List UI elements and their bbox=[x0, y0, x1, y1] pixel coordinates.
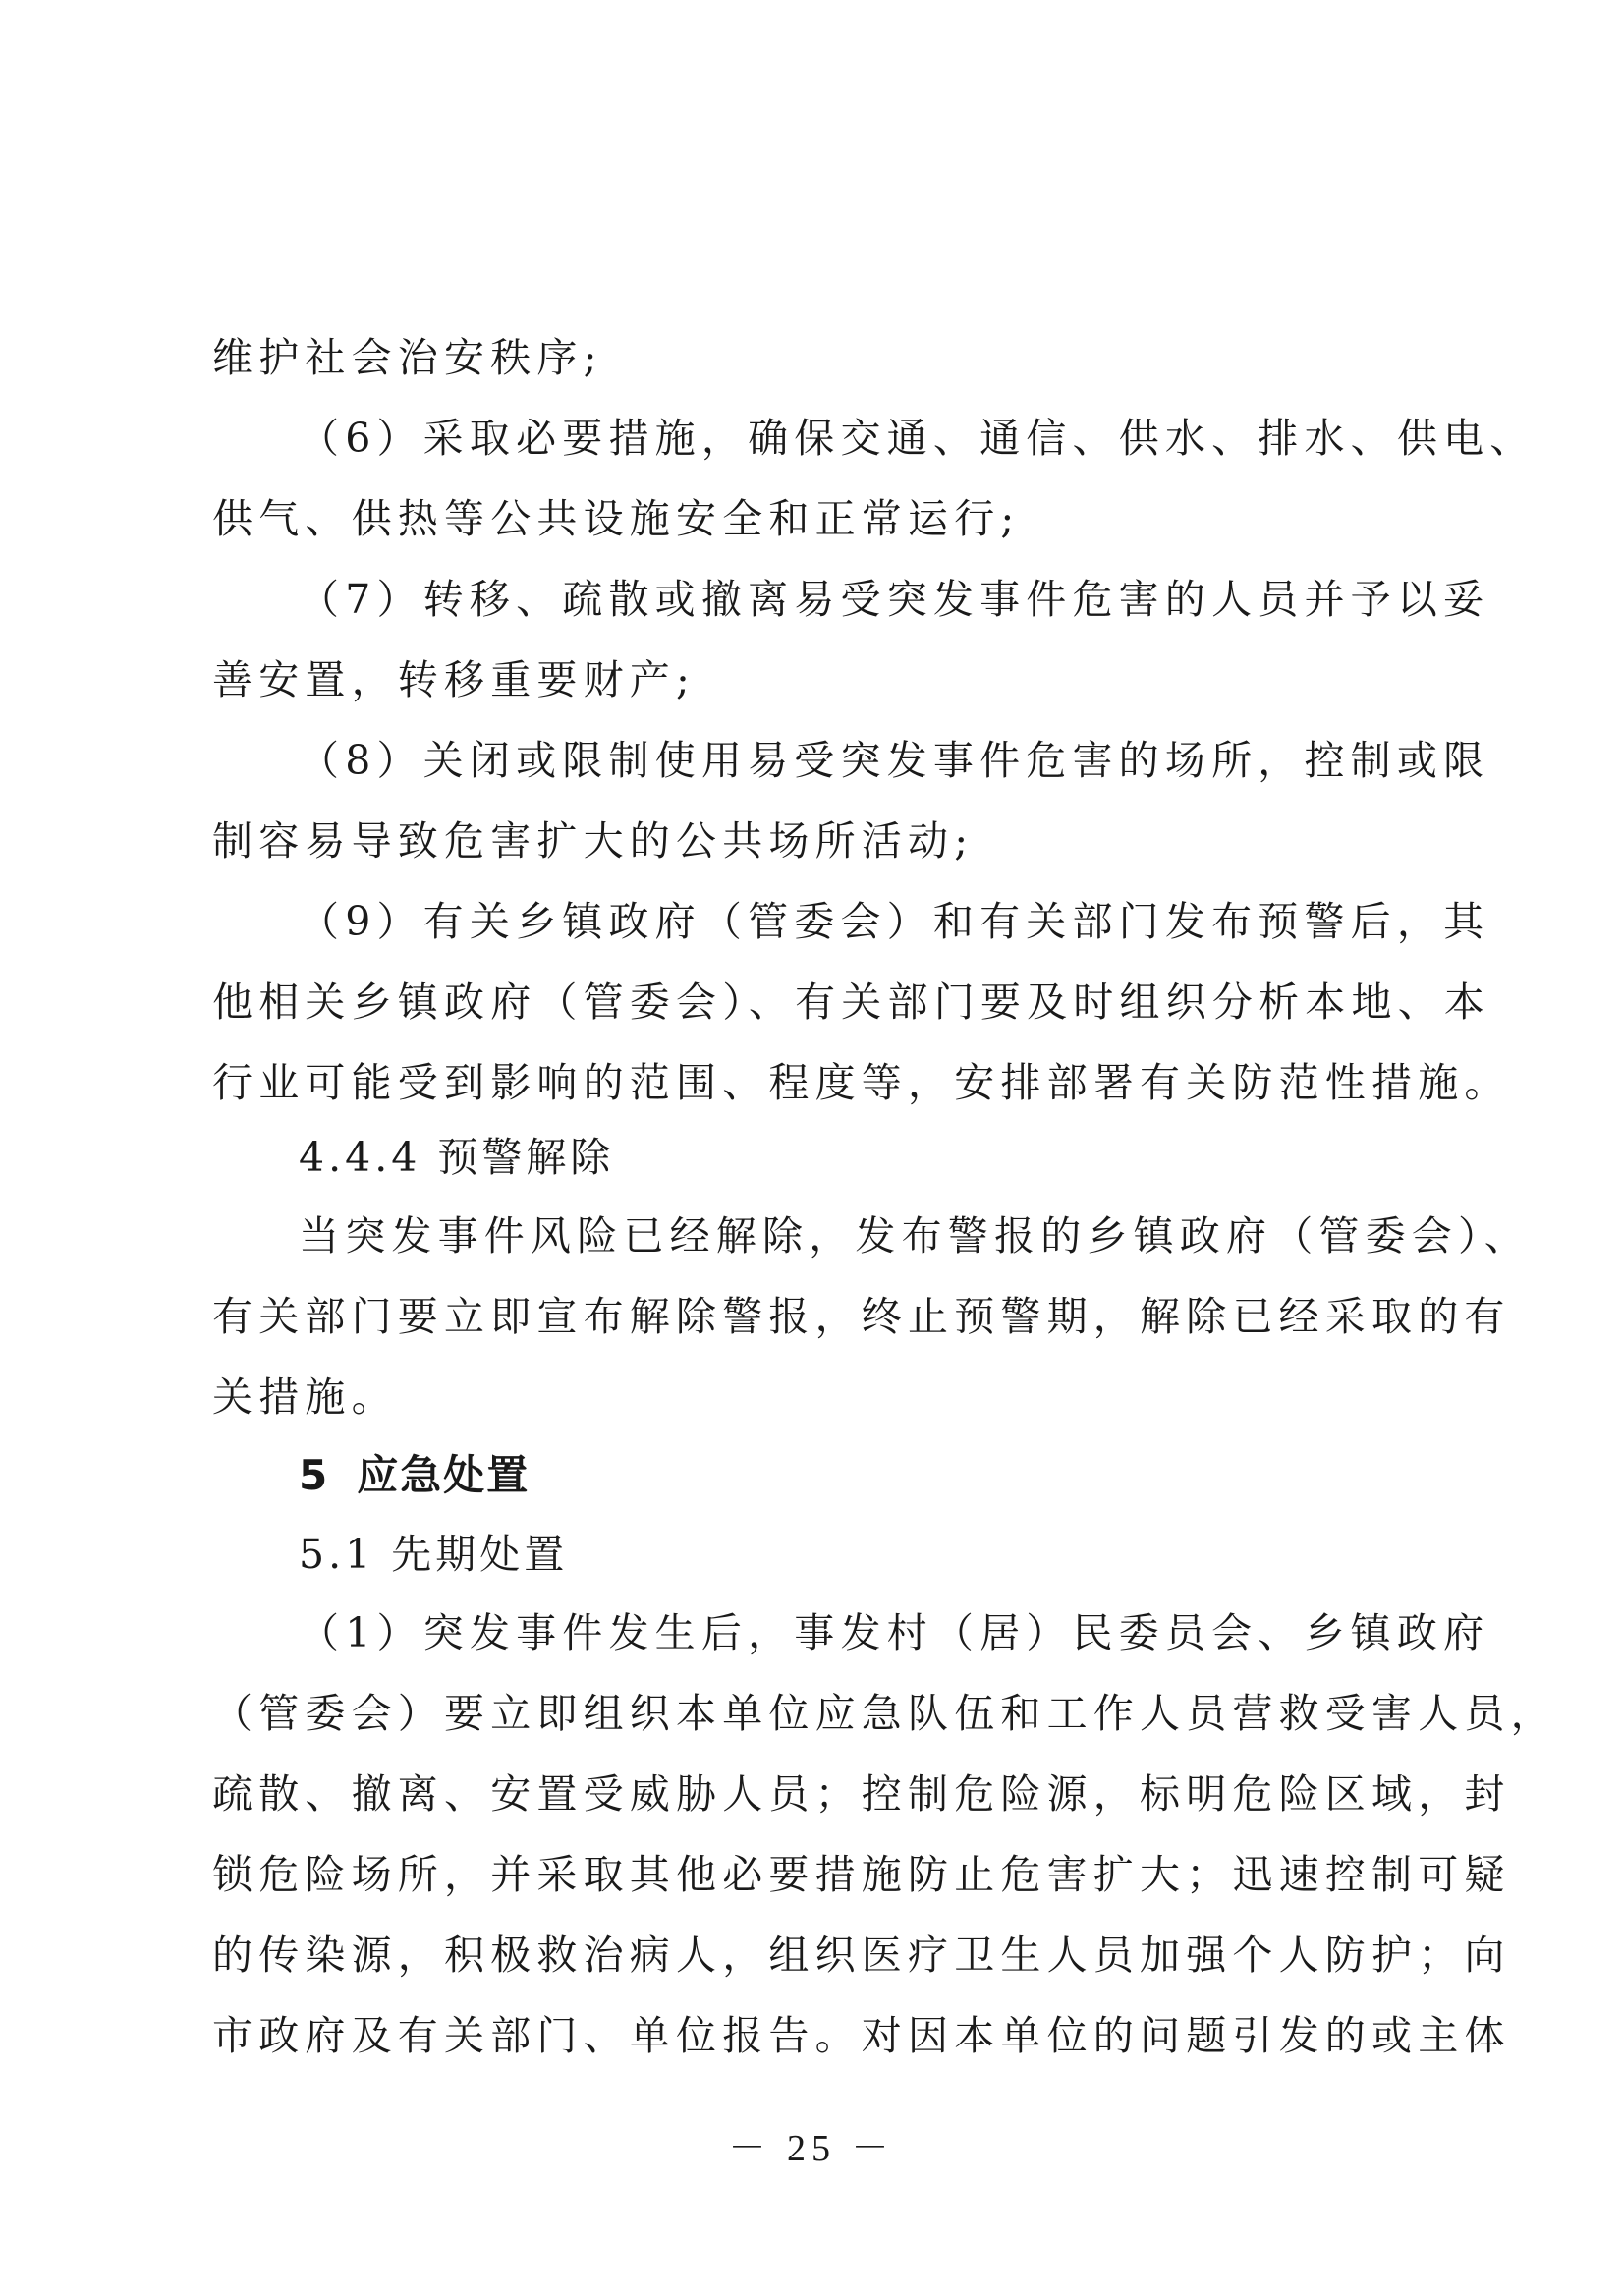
body-line: 他相关乡镇政府（管委会）、有关部门要及时组织分析本地、本 bbox=[212, 975, 1421, 1030]
body-line: 疏散、撤离、安置受威胁人员；控制危险源，标明危险区域，封 bbox=[212, 1766, 1421, 1821]
body-line: 锁危险场所，并采取其他必要措施防止危害扩大；迅速控制可疑 bbox=[212, 1847, 1421, 1902]
body-line: 有关部门要立即宣布解除警报，终止预警期，解除已经采取的有 bbox=[212, 1289, 1421, 1344]
body-line: 关措施。 bbox=[212, 1370, 1421, 1425]
body-line: 制容易导致危害扩大的公共场所活动; bbox=[212, 813, 1421, 868]
body-line: （管委会）要立即组织本单位应急队伍和工作人员营救受害人员， bbox=[212, 1686, 1421, 1741]
document-page: 维护社会治安秩序; （6）采取必要措施，确保交通、通信、供水、排水、供电、 供气… bbox=[0, 0, 1623, 2296]
body-line: 的传染源，积极救治病人，组织医疗卫生人员加强个人防护；向 bbox=[212, 1928, 1421, 1983]
body-line: 维护社会治安秩序; bbox=[212, 330, 1421, 385]
body-line: 行业可能受到影响的范围、程度等，安排部署有关防范性措施。 bbox=[212, 1055, 1421, 1110]
subsection-heading-4-4-4: 4.4.4 预警解除 bbox=[299, 1130, 1421, 1185]
body-line: 善安置，转移重要财产; bbox=[212, 652, 1421, 707]
body-line: 供气、供热等公共设施安全和正常运行; bbox=[212, 491, 1421, 546]
list-item-7: （7）转移、疏散或撤离易受突发事件危害的人员并予以妥 bbox=[299, 572, 1421, 627]
section-heading-5: 5应急处置 bbox=[299, 1448, 1421, 1503]
list-item-8: （8）关闭或限制使用易受突发事件危害的场所，控制或限 bbox=[299, 733, 1421, 788]
body-line: 市政府及有关部门、单位报告。对因本单位的问题引发的或主体 bbox=[212, 2008, 1421, 2063]
list-item-6: （6）采取必要措施，确保交通、通信、供水、排水、供电、 bbox=[299, 411, 1421, 466]
body-paragraph-start: 当突发事件风险已经解除，发布警报的乡镇政府（管委会）、 bbox=[299, 1208, 1421, 1263]
list-item-9: （9）有关乡镇政府（管委会）和有关部门发布预警后，其 bbox=[299, 894, 1421, 949]
section-title: 应急处置 bbox=[357, 1451, 530, 1499]
subsection-heading-5-1: 5.1 先期处置 bbox=[299, 1527, 1421, 1582]
section-number: 5 bbox=[299, 1451, 329, 1499]
page-number: － 25 － bbox=[0, 2117, 1623, 2171]
list-item-1: （1）突发事件发生后，事发村（居）民委员会、乡镇政府 bbox=[299, 1605, 1421, 1660]
